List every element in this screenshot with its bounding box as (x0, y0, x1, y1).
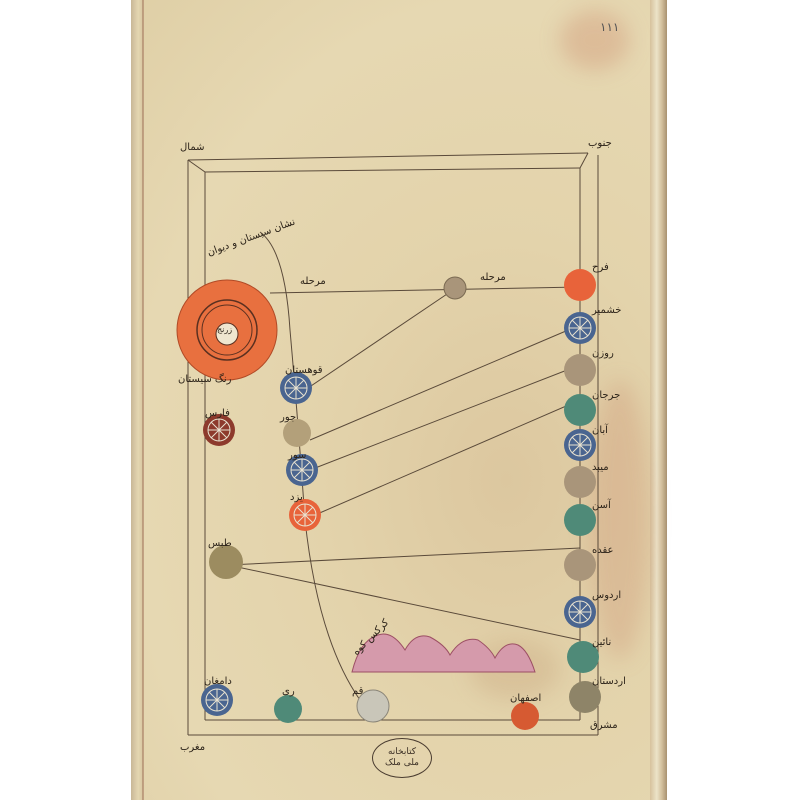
city-label: ری (282, 686, 295, 697)
corner-label-north: شمال (180, 142, 204, 153)
city-label: عقده (592, 545, 614, 556)
map-diagram (0, 0, 800, 800)
city-label: فارس (205, 408, 230, 419)
corner-label-south: جنوب (588, 138, 612, 149)
city-label: میبد (592, 462, 609, 473)
city-label: جرجان (592, 390, 620, 401)
city-label: قم (352, 686, 363, 697)
city-label: خشمیر (592, 305, 621, 316)
other-cities (201, 414, 539, 730)
city-label: قوهستان (285, 365, 323, 376)
corner-label-east: مشرق (590, 720, 618, 731)
city-label: طبس (208, 538, 232, 549)
city-label: فرح (592, 262, 609, 273)
city-label: آبان (592, 425, 608, 436)
mountains (352, 634, 535, 672)
road-label: مرحله (480, 272, 506, 283)
library-stamp: کتابخانه ملی ملک (372, 738, 432, 778)
city-label: روزن (592, 348, 614, 359)
corner-label-west: مغرب (180, 742, 205, 753)
region-label: رنگ سیستان (178, 374, 231, 385)
city-label: اردستان (592, 676, 626, 687)
city-label: سور (288, 450, 306, 461)
city-label: دامغان (204, 676, 232, 687)
region-center-label: زرنج (217, 325, 232, 334)
road-label: مرحله (300, 276, 326, 287)
city-label: آسن (592, 500, 611, 511)
city-label: یزد (290, 492, 303, 503)
city-label: جور (280, 412, 296, 423)
city-label: اصفهان (510, 693, 541, 704)
stamp-line-1: کتابخانه (388, 747, 416, 758)
city-label: نائین (592, 637, 611, 648)
stamp-line-2: ملی ملک (385, 758, 419, 769)
city-label: اردوس (592, 590, 621, 601)
